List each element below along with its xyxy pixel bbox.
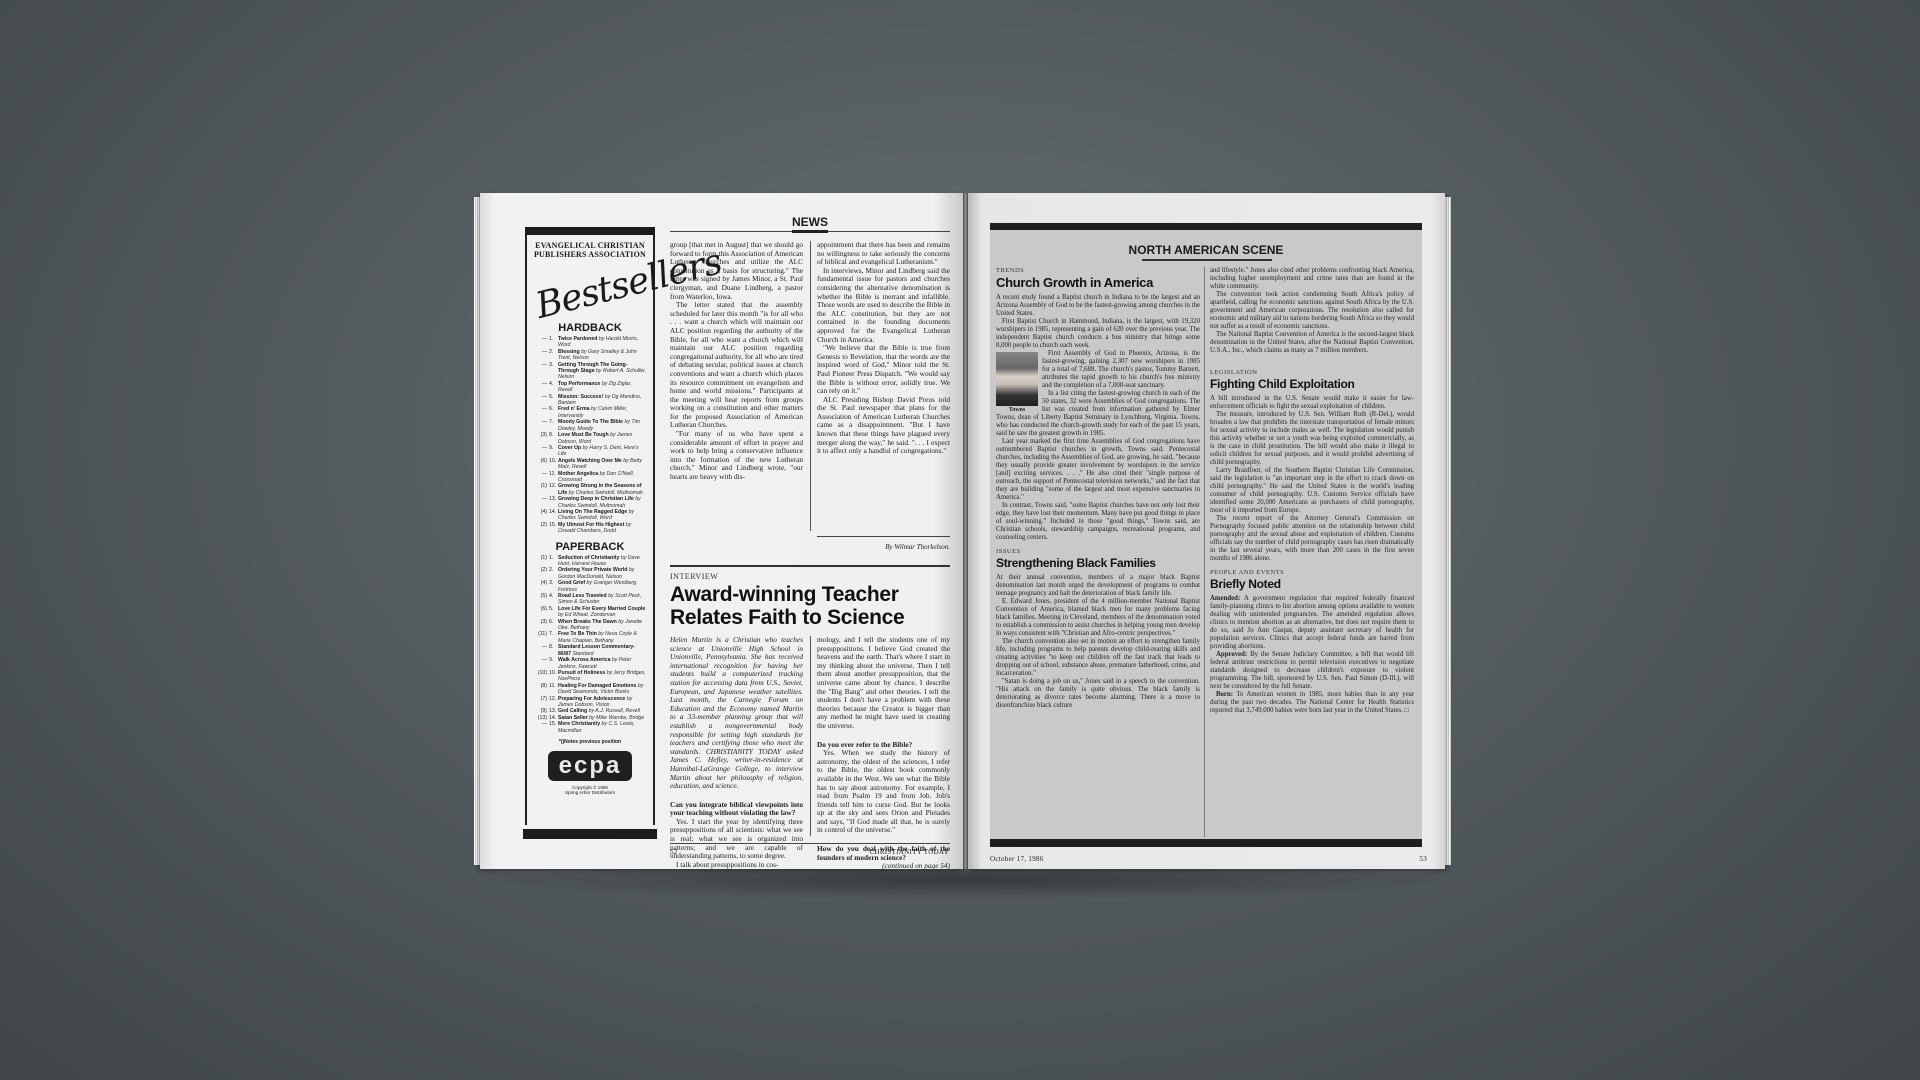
- photo-caption: Towns: [996, 406, 1038, 414]
- item-text: To American women in 1985, more babies t…: [1210, 691, 1414, 714]
- previous-position: —: [533, 721, 549, 734]
- page-number-left: 52: [670, 848, 678, 856]
- rank: 6.: [549, 619, 558, 632]
- bestseller-item: (5)4.Road Less Traveled by Scott Peck, S…: [533, 593, 647, 606]
- black-families-headline: Strengthening Black Families: [996, 556, 1200, 571]
- footer-rule: [670, 843, 950, 844]
- bestseller-item: —7.Moody Guide To The Bible by Tim Dowle…: [533, 419, 647, 432]
- bestseller-item: —2.Blessing by Gary Smalley & John Trent…: [533, 349, 647, 362]
- book-entry: Getting Through The Going-Through Stage …: [558, 362, 647, 381]
- previous-position: —: [533, 419, 549, 432]
- scene-header-rule: [1142, 259, 1272, 261]
- briefly-item-approved: Approved: By the Senate Judiciary Commit…: [1210, 651, 1414, 691]
- book-entry: Angels Watching Over Me by Betty Malz, R…: [558, 458, 647, 471]
- book-entry: Love Must Be Tough by James Dobson, Word: [558, 432, 647, 445]
- publication-name: CHRISTIANITY TODAY: [870, 848, 950, 856]
- rank: 14.: [549, 509, 558, 522]
- news-column-2: appointment that there has been and rema…: [817, 241, 950, 456]
- interview-kicker: INTERVIEW: [670, 572, 718, 581]
- hardback-list: —1.Twice Pardoned by Harold Morris, Word…: [533, 336, 647, 535]
- previous-position: (11): [533, 631, 549, 644]
- rank: 8.: [549, 644, 558, 657]
- previous-position: —: [533, 657, 549, 670]
- bestseller-item: (2)2.Ordering Your Private World by Gord…: [533, 567, 647, 580]
- scene-top-bar: [990, 223, 1422, 230]
- rank: 10.: [549, 458, 558, 471]
- bestseller-item: (1)12.Growing Strong in the Seasons of L…: [533, 483, 647, 496]
- book-entry: Mere Christianity by C.S. Lewis, Macmill…: [558, 721, 647, 734]
- answer-1-para-1: Yes. I start the year by identifying thr…: [670, 818, 803, 861]
- page-edge-right: [1445, 197, 1451, 865]
- bestseller-item: (3)6.When Breaks The Dawn by Janette Oke…: [533, 619, 647, 632]
- book-entry: Fred n' Erma by Calvin Miller, Intervars…: [558, 406, 647, 419]
- book-entry: Mission: Success! by Og Mandino, Bantam: [558, 394, 647, 407]
- rank: 6.: [549, 406, 558, 419]
- book-entry: Twice Pardoned by Harold Morris, Word: [558, 336, 647, 349]
- rank: 3.: [549, 362, 558, 381]
- previous-position: (4): [533, 509, 549, 522]
- rank: 11.: [549, 471, 558, 484]
- book-entry: Blessing by Gary Smalley & John Trent, N…: [558, 349, 647, 362]
- bestseller-item: —9.Cover Up by Harry S. Dent, Here's Lif…: [533, 445, 647, 458]
- book-entry: My Utmost For His Highest by Oswald Cham…: [558, 522, 647, 535]
- paragraph: The convention took action condemning So…: [1210, 291, 1414, 331]
- headline-line-1: Award-winning Teacher: [670, 583, 960, 606]
- item-label: Amended:: [1210, 595, 1240, 602]
- answer-2: Yes. When we study the history of astron…: [817, 749, 950, 835]
- rank: 4.: [549, 593, 558, 606]
- bestseller-item: (3)8.Love Must Be Tough by James Dobson,…: [533, 432, 647, 445]
- association-name: EVANGELICAL CHRISTIAN PUBLISHERS ASSOCIA…: [533, 241, 647, 259]
- paragraph: Larry Braidfoot, of the Southern Baptist…: [1210, 467, 1414, 515]
- previous-position: —: [533, 394, 549, 407]
- book-entry: Top Performance by Zig Ziglar, Revell: [558, 381, 647, 394]
- rank: 10.: [549, 670, 558, 683]
- bestseller-item: —15.Mere Christianity by C.S. Lewis, Mac…: [533, 721, 647, 734]
- rank: 7.: [549, 419, 558, 432]
- rank: 13.: [549, 496, 558, 509]
- bestseller-item: (6)10.Angels Watching Over Me by Betty M…: [533, 458, 647, 471]
- header-rule-accent: [792, 230, 828, 233]
- previous-position: —: [533, 349, 549, 362]
- rank: 1.: [549, 336, 558, 349]
- previous-position: (4): [533, 580, 549, 593]
- previous-position: (1): [533, 483, 549, 496]
- interview-column-2: mology, and I tell the students one of m…: [817, 636, 950, 869]
- ecpa-logo: ecpa: [548, 751, 632, 781]
- rank: 8.: [549, 432, 558, 445]
- rank: 7.: [549, 631, 558, 644]
- trends-kicker: TRENDS: [996, 267, 1200, 275]
- scene-column-1: TRENDS Church Growth in America A recent…: [996, 267, 1200, 710]
- previous-position: (6): [533, 458, 549, 471]
- previous-position: (2): [533, 567, 549, 580]
- bestseller-item: —13.Growing Deep in Christian Life by Ch…: [533, 496, 647, 509]
- scene-bottom-bar: [990, 839, 1422, 847]
- bestseller-item: (10)10.Pursuit of Holiness by Jerry Brid…: [533, 670, 647, 683]
- previous-position: (5): [533, 593, 549, 606]
- bestseller-item: —3.Getting Through The Going-Through Sta…: [533, 362, 647, 381]
- bestseller-item: (8)11.Healing For Damaged Emotions by Da…: [533, 683, 647, 696]
- paragraph: ALC Presiding Bishop David Preus told th…: [817, 396, 950, 456]
- page-number-right: 53: [1419, 855, 1427, 863]
- book-entry: Pursuit of Holiness by Jerry Bridges, Na…: [558, 670, 647, 683]
- paragraph: "For many of us who have spent a conside…: [670, 430, 803, 482]
- left-page: EVANGELICAL CHRISTIAN PUBLISHERS ASSOCIA…: [480, 193, 963, 869]
- bestseller-item: —8.Standard Lesson Commentary-86/87 Stan…: [533, 644, 647, 657]
- bestseller-item: (4)14.Living On The Ragged Edge by Charl…: [533, 509, 647, 522]
- rank: 4.: [549, 381, 558, 394]
- north-american-scene-box: NORTH AMERICAN SCENE TRENDS Church Growt…: [990, 223, 1422, 847]
- item-label: Born:: [1216, 691, 1233, 698]
- paragraph: The church convention also set in motion…: [996, 638, 1200, 678]
- bestsellers-top-bar: [525, 227, 655, 235]
- previous-position: —: [533, 644, 549, 657]
- rank: 5.: [549, 394, 558, 407]
- bestsellers-box: EVANGELICAL CHRISTIAN PUBLISHERS ASSOCIA…: [525, 227, 655, 839]
- paragraph: and lifestyle." Jones also cited other p…: [1210, 267, 1414, 291]
- right-page: NORTH AMERICAN SCENE TRENDS Church Growt…: [968, 193, 1445, 869]
- bestseller-item: (6)5.Love Life For Every Married Couple …: [533, 606, 647, 619]
- paragraph: appointment that there has been and rema…: [817, 241, 950, 267]
- paragraph: In interviews, Minor and Lindberg said t…: [817, 267, 950, 344]
- previous-position-note: *()Notes previous position: [533, 739, 647, 745]
- bestseller-item: —11.Mother Angelica by Dan O'Neill, Cros…: [533, 471, 647, 484]
- book-entry: Living On The Ragged Edge by Charles Swi…: [558, 509, 647, 522]
- bestsellers-bottom-bar: [523, 829, 657, 839]
- previous-position: (3): [533, 619, 549, 632]
- people-events-kicker: PEOPLE AND EVENTS: [1210, 569, 1414, 577]
- bestseller-item: (2)15.My Utmost For His Highest by Oswal…: [533, 522, 647, 535]
- previous-position: (8): [533, 683, 549, 696]
- book-entry: Cover Up by Harry S. Dent, Here's Life: [558, 445, 647, 458]
- bestseller-item: —6.Fred n' Erma by Calvin Miller, Interv…: [533, 406, 647, 419]
- bestseller-item: —9.Walk Across America by Peter Jenkins,…: [533, 657, 647, 670]
- previous-position: (3): [533, 432, 549, 445]
- bestseller-item: —4.Top Performance by Zig Ziglar, Revell: [533, 381, 647, 394]
- church-growth-headline: Church Growth in America: [996, 275, 1200, 291]
- rank: 9.: [549, 445, 558, 458]
- interview-rule: [670, 565, 950, 567]
- legislation-kicker: LEGISLATION: [1210, 369, 1414, 377]
- rank: 12.: [549, 483, 558, 496]
- book-entry: Seduction of Christianity by Dave Hunt, …: [558, 555, 647, 568]
- paragraph: E. Edward Jones, president of the 4 mill…: [996, 598, 1200, 638]
- rank: 2.: [549, 349, 558, 362]
- bestseller-item: (4)3.Good Grief by Granger Westberg, For…: [533, 580, 647, 593]
- previous-position: —: [533, 471, 549, 484]
- bestseller-item: (11)7.Free To Be Thin by Neva Coyle & Ma…: [533, 631, 647, 644]
- briefly-noted-headline: Briefly Noted: [1210, 577, 1414, 592]
- interview-intro: Helen Martin is a Christian who teaches …: [670, 636, 803, 791]
- previous-position: —: [533, 406, 549, 419]
- book-entry: Love Life For Every Married Couple by Ed…: [558, 606, 647, 619]
- paragraph: The letter stated that the assembly sche…: [670, 301, 803, 430]
- book-entry: Moody Guide To The Bible by Tim Dowley, …: [558, 419, 647, 432]
- book-entry: Road Less Traveled by Scott Peck, Simon …: [558, 593, 647, 606]
- magazine-spread: EVANGELICAL CHRISTIAN PUBLISHERS ASSOCIA…: [480, 193, 1445, 869]
- previous-position: (6): [533, 606, 549, 619]
- book-entry: Mother Angelica by Dan O'Neill, Crossroa…: [558, 471, 647, 484]
- book-entry: Ordering Your Private World by Gordon Ma…: [558, 567, 647, 580]
- towns-photo: [996, 352, 1038, 406]
- book-entry: Growing Deep in Christian Life by Charle…: [558, 496, 647, 509]
- rank: 2.: [549, 567, 558, 580]
- continued-link[interactable]: (continued on page 54): [817, 862, 950, 869]
- end-mark-icon: □: [1405, 707, 1409, 714]
- previous-position: —: [533, 362, 549, 381]
- book-entry: When Breaks The Dawn by Janette Oke, Bet…: [558, 619, 647, 632]
- item-text: A government regulation that required fe…: [1210, 595, 1414, 650]
- copyright-distributor: Spring Arbor Distributors: [533, 790, 647, 796]
- rank: 1.: [549, 555, 558, 568]
- news-column-1: group [that met in August] that we shoul…: [670, 241, 803, 482]
- previous-position: —: [533, 445, 549, 458]
- news-section-header: NEWS: [670, 215, 950, 229]
- rank: 3.: [549, 580, 558, 593]
- interview-column-1: Helen Martin is a Christian who teaches …: [670, 636, 803, 869]
- book-entry: Good Grief by Granger Westberg, Fortress: [558, 580, 647, 593]
- book-entry: Growing Strong in the Seasons of Life by…: [558, 483, 647, 496]
- paragraph: A recent study found a Baptist church in…: [996, 294, 1200, 318]
- column-divider: [810, 636, 811, 836]
- bestsellers-content: EVANGELICAL CHRISTIAN PUBLISHERS ASSOCIA…: [525, 235, 655, 825]
- rank: 12.: [549, 696, 558, 709]
- column-divider: [1204, 267, 1205, 837]
- paragraph: "We believe that the Bible is true from …: [817, 344, 950, 396]
- bestseller-item: (7)12.Preparing For Adolescence by James…: [533, 696, 647, 709]
- paragraph: group [that met in August] that we shoul…: [670, 241, 803, 301]
- copyright: Copyright © 1986 Spring Arbor Distributo…: [533, 785, 647, 796]
- column-divider: [810, 241, 811, 531]
- previous-position: (1): [533, 555, 549, 568]
- book-entry: Healing For Damaged Emotions by David Se…: [558, 683, 647, 696]
- answer-1-para-2: I talk about presuppositions in cos-: [670, 861, 803, 869]
- previous-position: —: [533, 381, 549, 394]
- previous-position: (2): [533, 522, 549, 535]
- book-entry: Free To Be Thin by Neva Coyle & Marie Ch…: [558, 631, 647, 644]
- previous-position: (10): [533, 670, 549, 683]
- rank: 15.: [549, 522, 558, 535]
- question-1: Can you integrate biblical viewpoints in…: [670, 801, 803, 818]
- paragraph: At their annual convention, members of a…: [996, 574, 1200, 598]
- issues-kicker: ISSUES: [996, 548, 1200, 556]
- issue-date: October 17, 1986: [990, 855, 1044, 863]
- bestseller-item: (1)1.Seduction of Christianity by Dave H…: [533, 555, 647, 568]
- rank: 9.: [549, 657, 558, 670]
- paragraph: In contrast, Towns said, "some Baptist c…: [996, 502, 1200, 542]
- paragraph: The recent report of the Attorney Genera…: [1210, 515, 1414, 563]
- book-entry: Walk Across America by Peter Jenkins, Fa…: [558, 657, 647, 670]
- scene-column-2: and lifestyle." Jones also cited other p…: [1210, 267, 1414, 715]
- paperback-heading: PAPERBACK: [533, 541, 647, 553]
- headline-line-2: Relates Faith to Science: [670, 606, 960, 629]
- paragraph: First Baptist Church in Hammond, Indiana…: [996, 318, 1200, 350]
- rank: 5.: [549, 606, 558, 619]
- paragraph: Last year marked the first time Assembli…: [996, 438, 1200, 502]
- book-entry: Standard Lesson Commentary-86/87 Standar…: [558, 644, 647, 657]
- previous-position: —: [533, 336, 549, 349]
- previous-position: (7): [533, 696, 549, 709]
- scene-header: NORTH AMERICAN SCENE: [990, 243, 1422, 257]
- byline: By Wilmar Thorkelson.: [810, 543, 950, 551]
- bestseller-item: —5.Mission: Success! by Og Mandino, Bant…: [533, 394, 647, 407]
- paragraph: The measure, introduced by U.S. Sen. Wil…: [1210, 411, 1414, 467]
- item-label: Approved:: [1216, 651, 1247, 658]
- child-exploitation-headline: Fighting Child Exploitation: [1210, 377, 1414, 392]
- briefly-item-amended: Amended: A government regulation that re…: [1210, 595, 1414, 651]
- interview-headline: Award-winning Teacher Relates Faith to S…: [670, 583, 960, 629]
- paperback-list: (1)1.Seduction of Christianity by Dave H…: [533, 555, 647, 734]
- rank: 11.: [549, 683, 558, 696]
- rank: 15.: [549, 721, 558, 734]
- paragraph: A bill introduced in the U.S. Senate wou…: [1210, 395, 1414, 411]
- paragraph: "Satan is doing a job on us," Jones said…: [996, 678, 1200, 710]
- book-entry: Preparing For Adolescence by James Dobso…: [558, 696, 647, 709]
- previous-position: —: [533, 496, 549, 509]
- bestseller-item: —1.Twice Pardoned by Harold Morris, Word: [533, 336, 647, 349]
- bestsellers-title: Bestsellers: [532, 260, 651, 327]
- byline-rule: [817, 536, 950, 537]
- briefly-item-born: Born: To American women in 1985, more ba…: [1210, 691, 1414, 715]
- paragraph: The National Baptist Convention of Ameri…: [1210, 331, 1414, 355]
- answer-1-continued: mology, and I tell the students one of m…: [817, 636, 950, 731]
